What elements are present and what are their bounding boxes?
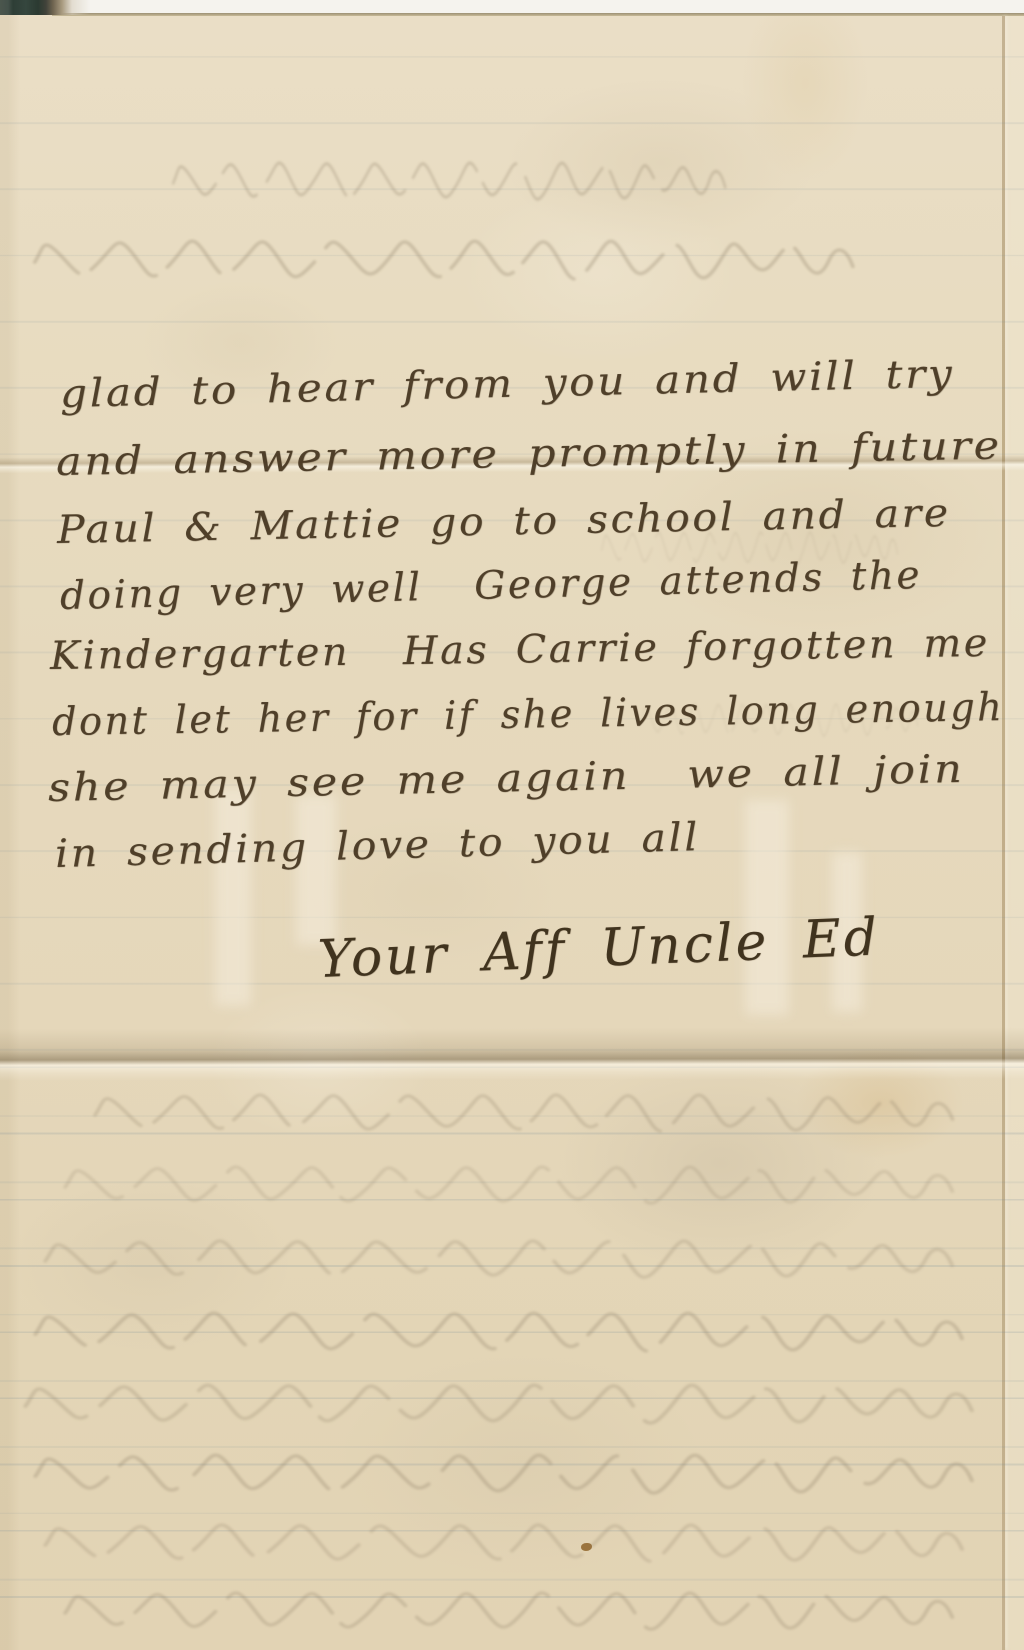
bleedthrough-line bbox=[90, 1090, 960, 1136]
tape-ghost bbox=[215, 788, 251, 1006]
bleedthrough-line bbox=[30, 1308, 970, 1356]
bleedthrough-line bbox=[30, 1450, 980, 1498]
bleedthrough-line bbox=[40, 1520, 970, 1566]
bleedthrough-line bbox=[170, 158, 730, 204]
bleedthrough-line bbox=[30, 236, 860, 284]
scanned-letter-page: glad to hear from you and will try and a… bbox=[0, 0, 1024, 1650]
bleedthrough-line bbox=[20, 1380, 980, 1428]
bleedthrough-line bbox=[60, 1588, 960, 1634]
fold-crease-lower bbox=[0, 1027, 1024, 1081]
tape-ghost bbox=[745, 800, 789, 1015]
bleedthrough-line bbox=[60, 1162, 960, 1208]
bleedthrough-line bbox=[40, 1236, 960, 1282]
